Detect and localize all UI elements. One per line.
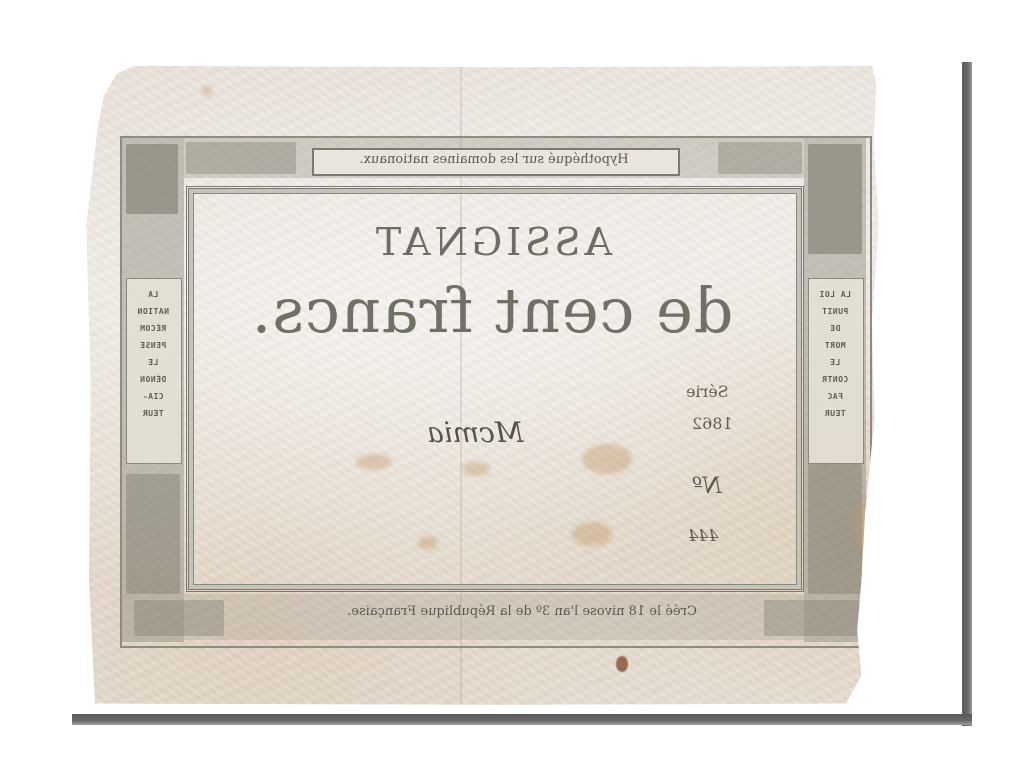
serie-label-text: Série bbox=[686, 382, 729, 401]
left-pillar-line: LA bbox=[124, 286, 182, 303]
top-left-vignette-icon bbox=[126, 144, 178, 214]
left-pillar-line: CIA- bbox=[124, 388, 182, 405]
number-value-text: 444 bbox=[688, 526, 719, 545]
right-pillar-line: PUNIT bbox=[806, 303, 864, 320]
bottom-left-vignette-icon bbox=[126, 474, 180, 594]
left-pillar-line: DÉNON bbox=[124, 371, 182, 388]
photo-stage: LA NATION RÉCOM PENSE LE DÉNON CIA- TEUR… bbox=[0, 0, 1024, 768]
drop-shadow-right bbox=[962, 62, 972, 726]
right-pillar-line: TEUR bbox=[806, 405, 864, 422]
left-pillar-text: LA NATION RÉCOM PENSE LE DÉNON CIA- TEUR bbox=[124, 286, 182, 422]
serie-number: 1862 bbox=[692, 414, 733, 433]
number-label-text: Nº bbox=[692, 474, 722, 499]
foxing-stain bbox=[418, 536, 438, 550]
right-pillar-line: DE bbox=[806, 320, 864, 337]
left-pillar-line: PENSE bbox=[124, 337, 182, 354]
bottom-caption: Créé le 18 nivose l'an 3º de la Républiq… bbox=[242, 604, 802, 619]
foxing-stain bbox=[572, 522, 612, 546]
foxing-stain bbox=[202, 86, 212, 96]
right-pillar-text: LA LOI PUNIT DE MORT LE CONTR FAC TEUR bbox=[806, 286, 864, 422]
ink-blot bbox=[616, 656, 628, 672]
foxing-stain bbox=[462, 462, 490, 476]
top-caption: Hypothéqué sur les domaines nationaux. bbox=[312, 148, 676, 172]
serie-label: Série bbox=[686, 382, 729, 401]
number-label: Nº bbox=[692, 474, 722, 499]
right-pillar-line: LA LOI bbox=[806, 286, 864, 303]
title-assignat: ASSIGNAT bbox=[186, 220, 798, 264]
foxing-stain bbox=[582, 444, 632, 474]
left-pillar-line: RÉCOM bbox=[124, 320, 182, 337]
left-pillar-line: LE bbox=[124, 354, 182, 371]
signature-text: Mcmia bbox=[427, 416, 524, 449]
drop-shadow-bottom bbox=[72, 714, 972, 725]
foxing-stain bbox=[854, 494, 882, 554]
right-pillar-line: CONTR bbox=[806, 371, 864, 388]
right-pillar-line: LE bbox=[806, 354, 864, 371]
serie-number-text: 1862 bbox=[692, 414, 733, 433]
top-right-allegory-vignette-icon bbox=[718, 142, 802, 174]
left-pillar-line: TEUR bbox=[124, 405, 182, 422]
bottom-left-figure-vignette-icon bbox=[134, 600, 224, 636]
signature: Mcmia bbox=[427, 416, 524, 449]
left-pillar-line: NATION bbox=[124, 303, 182, 320]
right-pillar-line: FAC bbox=[806, 388, 864, 405]
top-right-vignette-icon bbox=[808, 144, 862, 254]
number-value: 444 bbox=[688, 526, 719, 545]
foxing-stain bbox=[356, 454, 392, 470]
top-left-allegory-vignette-icon bbox=[186, 142, 296, 174]
banknote-paper: LA NATION RÉCOM PENSE LE DÉNON CIA- TEUR… bbox=[82, 64, 950, 708]
title-denomination: de cent francs. bbox=[186, 274, 798, 347]
right-pillar-line: MORT bbox=[806, 337, 864, 354]
